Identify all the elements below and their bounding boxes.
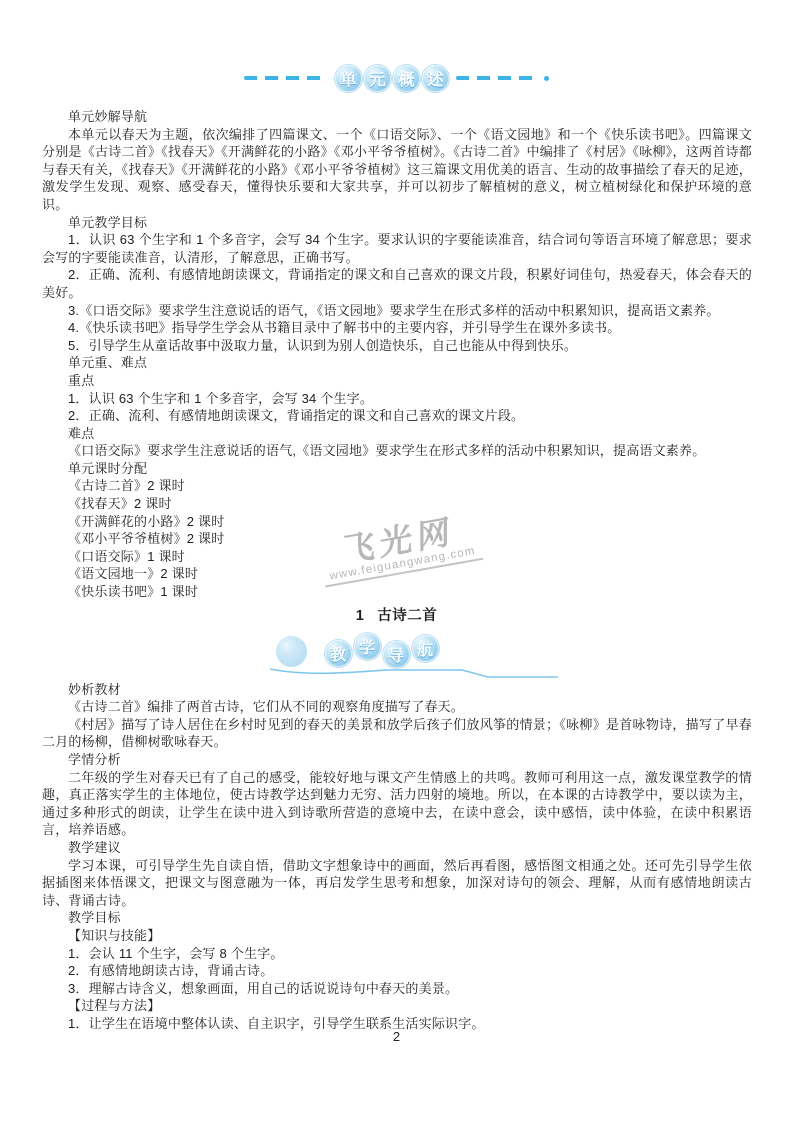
text-paragraph: 《村居》描写了诗人居住在乡村时见到的春天的美景和放学后孩子们放风筝的情景；《咏柳… [42,716,752,751]
banner-dash-left [244,76,328,80]
banner-badge: 单 [335,65,362,92]
text-paragraph: 《快乐读书吧》1 课时 [42,583,752,601]
section-heading: 单元课时分配 [42,460,752,478]
text-paragraph: 2．正确、流利、有感情地朗读课文，背诵指定的课文和自己喜欢的课文片段。 [42,407,752,425]
page-number: 2 [0,1029,793,1044]
text-paragraph: 2．有感情地朗读古诗，背诵古诗。 [42,962,752,980]
text-paragraph: 5．引导学生从童话故事中汲取力量，认识到为别人创造快乐，自己也能从中得到快乐。 [42,337,752,355]
unit-overview-banner: 单元概述 [0,62,793,94]
text-paragraph: 《口语交际》要求学生注意说话的语气,《语文园地》要求学生在形式多样的活动中积累知… [42,442,752,460]
banner-dash-dot [544,76,549,81]
section-heading: 单元重、难点 [42,354,752,372]
text-paragraph: 《语文园地一》2 课时 [42,565,752,583]
section-heading: 教学目标 [42,909,752,927]
lesson-number: 1 [356,608,365,624]
unit-overview-section: 单元妙解导航本单元以春天为主题，依次编排了四篇课文、一个《口语交际》、一个《语文… [0,94,793,601]
text-paragraph: 1．认识 63 个生字和 1 个多音字，会写 34 个生字。 [42,390,752,408]
section-heading: 【知识与技能】 [42,927,752,945]
banner-badge: 学 [354,633,381,660]
text-paragraph: 二年级的学生对春天已有了自己的感受，能较好地与课文产生情感上的共鸣。教师可利用这… [42,769,752,839]
document-page: { "page": { "number": "2" }, "colors": {… [0,0,793,1122]
text-paragraph: 《开满鲜花的小路》2 课时 [42,513,752,531]
text-paragraph: 3．理解古诗含义，想象画面，用自己的话说说诗句中春天的美景。 [42,980,752,998]
section-heading: 妙析教材 [42,681,752,699]
banner-badge: 元 [364,65,391,92]
text-paragraph: 《古诗二首》编排了两首古诗，它们从不同的观察角度描写了春天。 [42,698,752,716]
unit-overview-badges: 单元概述 [334,65,450,92]
section-heading: 教学建议 [42,839,752,857]
text-paragraph: 本单元以春天为主题，依次编排了四篇课文、一个《口语交际》、一个《语文园地》和一个… [42,126,752,214]
text-paragraph: 1．会认 11 个生字，会写 8 个生字。 [42,945,752,963]
section-heading: 【过程与方法】 [42,997,752,1015]
text-paragraph: 4.《快乐读书吧》指导学生学会从书籍目录中了解书中的主要内容，并引导学生在课外多… [42,319,752,337]
teaching-nav-badges: 教学导航 [324,633,440,660]
section-heading: 学情分析 [42,751,752,769]
banner-dash-right [456,76,540,80]
section-heading: 单元教学目标 [42,214,752,232]
text-paragraph: 《口语交际》1 课时 [42,548,752,566]
text-paragraph: 《找春天》2 课时 [42,495,752,513]
section-heading: 难点 [42,425,752,443]
text-paragraph: 学习本课，可引导学生先自读自悟，借助文字想象诗中的画面，然后再看图，感悟图文相通… [42,857,752,910]
teaching-nav-section: 妙析教材《古诗二首》编排了两首古诗，它们从不同的观察角度描写了春天。《村居》描写… [0,681,793,1033]
text-paragraph: 《古诗二首》2 课时 [42,477,752,495]
text-paragraph: 2．正确、流利、有感情地朗读课文，背诵指定的课文和自己喜欢的课文片段，积累好词佳… [42,266,752,301]
section-heading: 单元妙解导航 [42,108,752,126]
lesson-title: 1古诗二首 [0,604,793,625]
text-paragraph: 《邓小平爷爷植树》2 课时 [42,530,752,548]
text-paragraph: 3.《口语交际》要求学生注意说话的语气，《语文园地》要求学生在形式多样的活动中积… [42,302,752,320]
banner-badge: 概 [393,65,420,92]
banner-swoosh-line [266,657,566,679]
text-paragraph: 1．认识 63 个生字和 1 个多音字，会写 34 个生字。要求认识的字要能读准… [42,231,752,266]
banner-badge: 述 [422,65,449,92]
lesson-name: 古诗二首 [377,608,437,624]
teaching-nav-banner: 教学导航 [276,631,546,677]
section-heading: 重点 [42,372,752,390]
